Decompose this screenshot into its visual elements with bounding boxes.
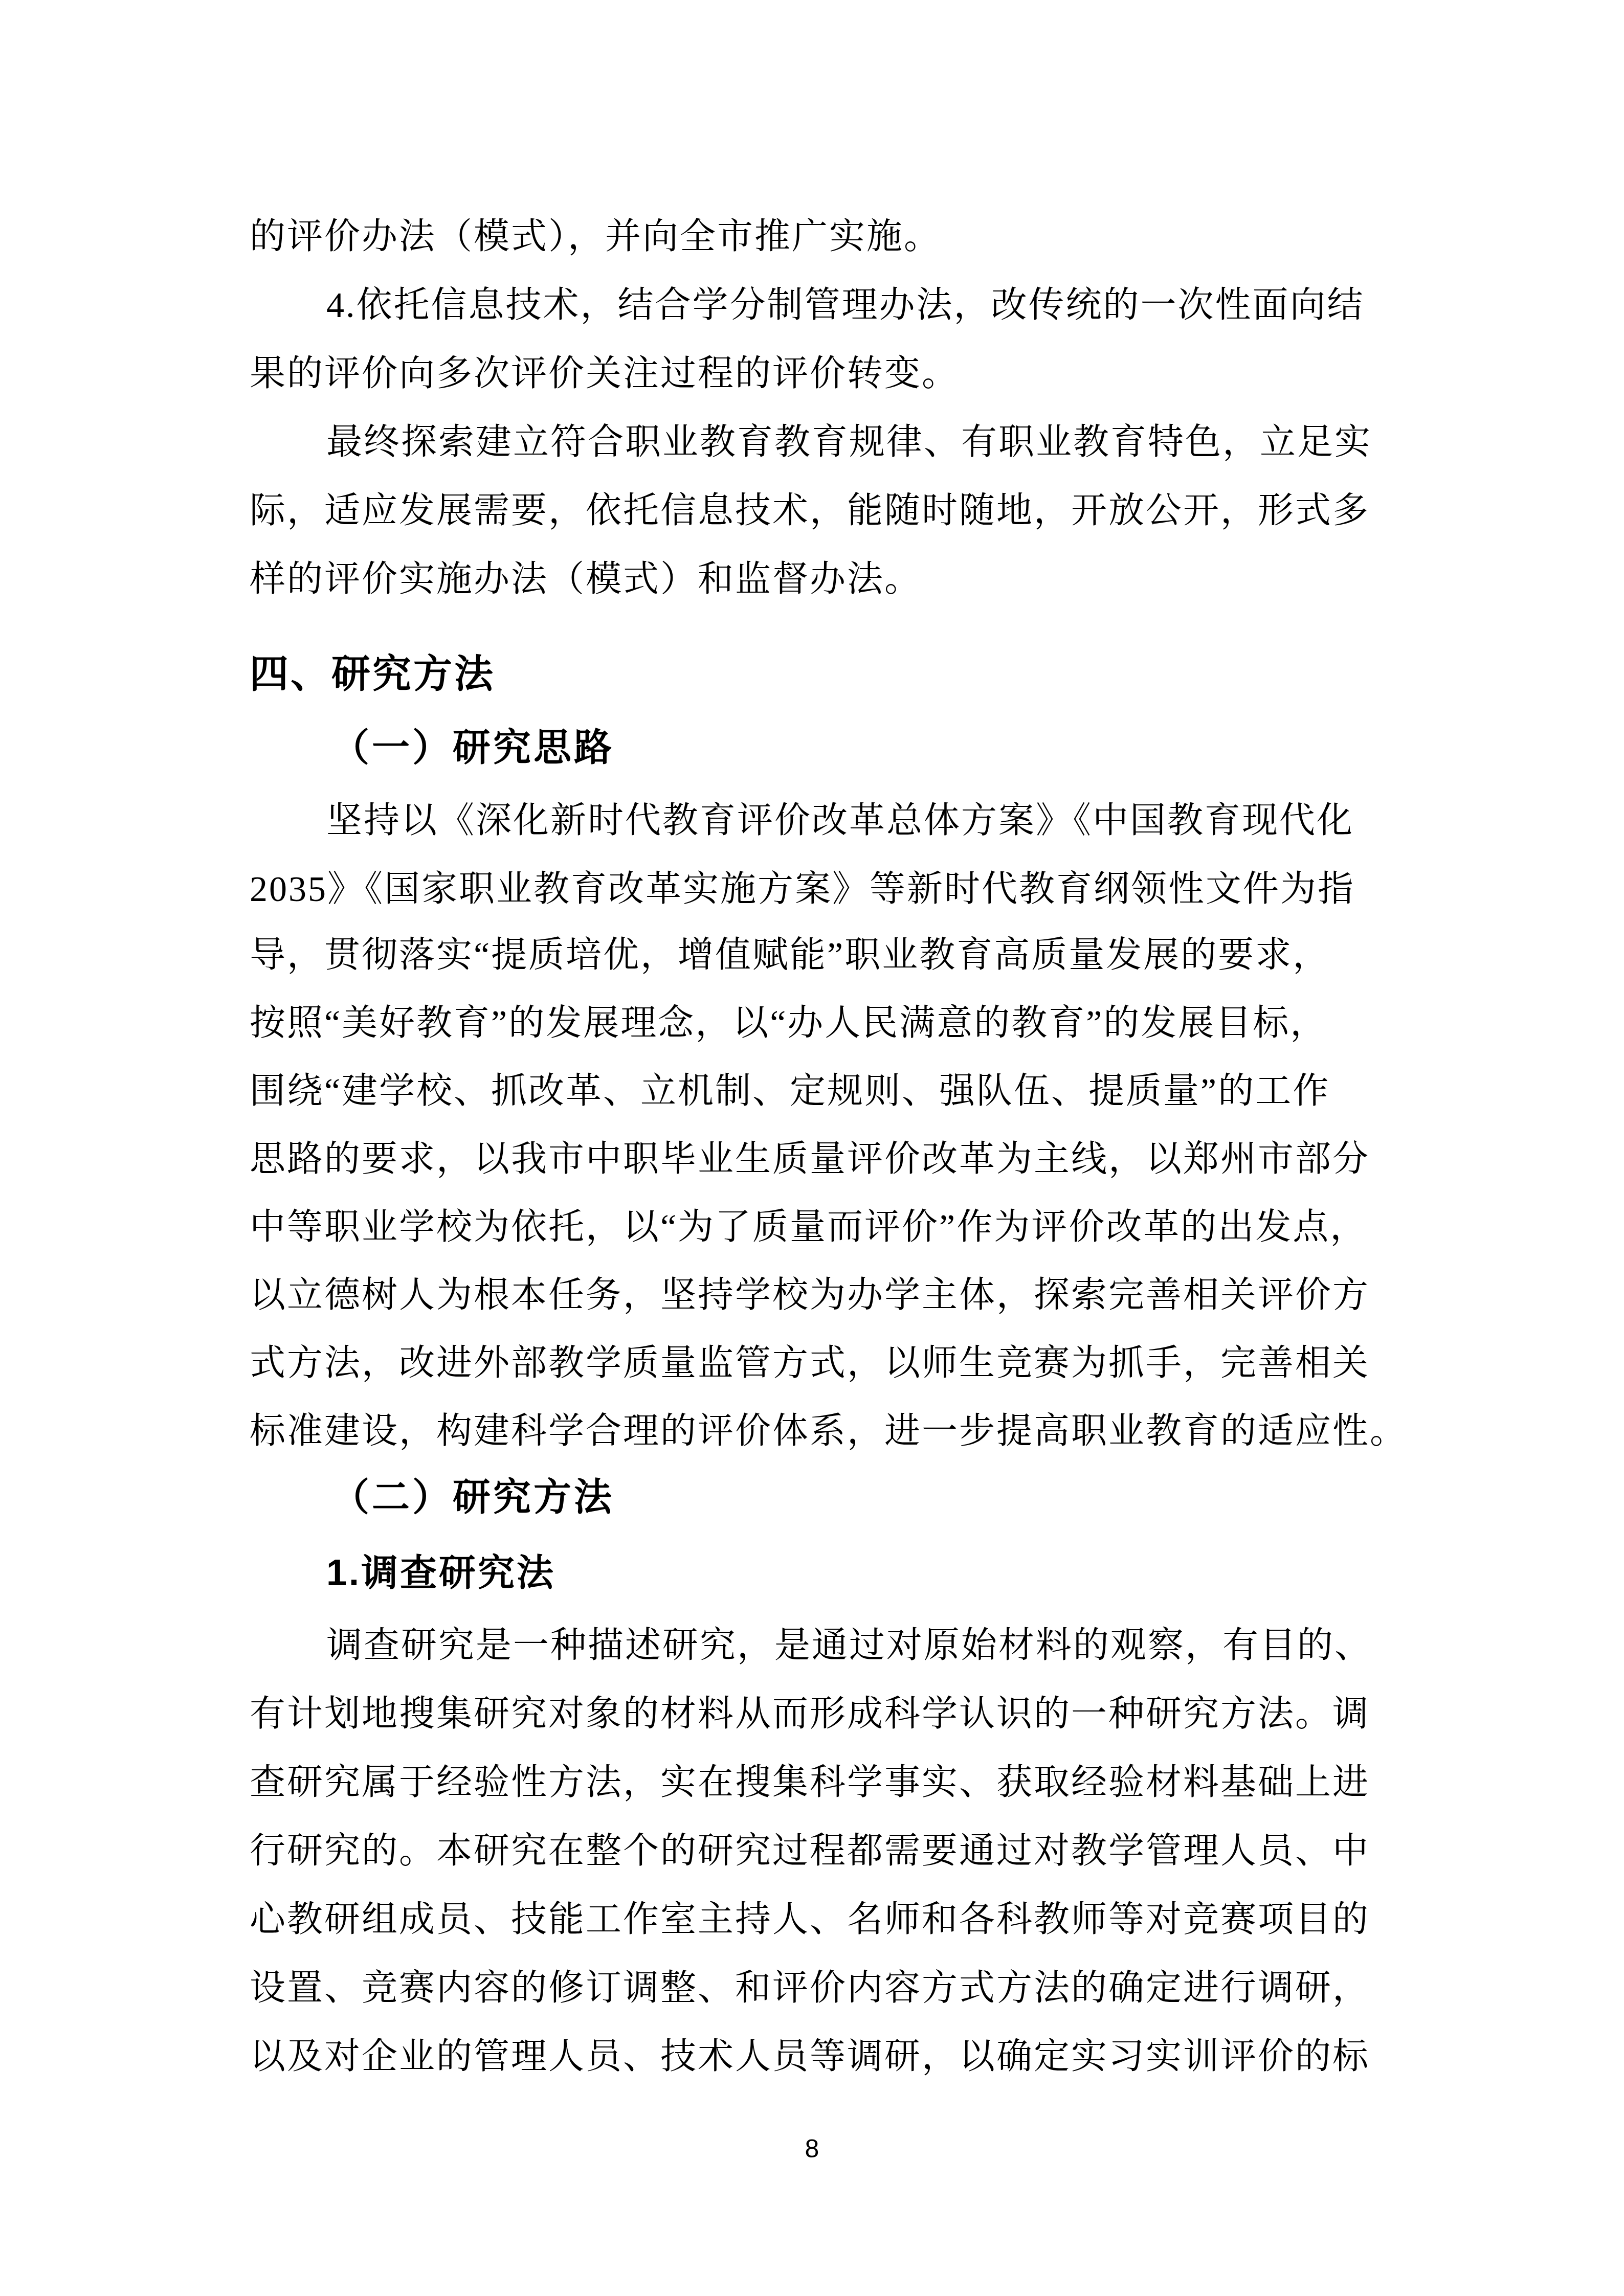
body-text-line: 的评价办法（模式），并向全市推广实施。 bbox=[250, 219, 1436, 255]
section-heading-level3: 1.调查研究法 bbox=[250, 1555, 1513, 1591]
body-text-line: 有计划地搜集研究对象的材料从而形成科学认识的一种研究方法。调 bbox=[250, 1697, 1436, 1732]
body-text-line: 设置、竞赛内容的修订调整、和评价内容方式方法的确定进行调研， bbox=[250, 1971, 1436, 2007]
body-text-line: 2035》《国家职业教育改革实施方案》等新时代教育纲领性文件为指 bbox=[250, 872, 1436, 908]
body-text-line: 标准建设，构建科学合理的评价体系，进一步提高职业教育的适应性。 bbox=[250, 1414, 1436, 1450]
section-heading-level1: 四、研究方法 bbox=[250, 655, 1436, 694]
body-text-line: 以及对企业的管理人员、技术人员等调研，以确定实习实训评价的标 bbox=[250, 2039, 1436, 2075]
body-text-line: 查研究属于经验性方法，实在搜集科学事实、获取经验材料基础上进 bbox=[250, 1765, 1436, 1801]
body-text-line: 思路的要求，以我市中职毕业生质量评价改革为主线，以郑州市部分 bbox=[250, 1142, 1436, 1178]
body-text-line: 以立德树人为根本任务，坚持学校为办学主体，探索完善相关评价方 bbox=[250, 1278, 1436, 1314]
body-text-line: 坚持以《深化新时代教育评价改革总体方案》《中国教育现代化 bbox=[250, 803, 1513, 839]
document-page: 的评价办法（模式），并向全市推广实施。4.依托信息技术，结合学分制管理办法，改传… bbox=[0, 0, 1624, 2296]
body-text-line: 果的评价向多次评价关注过程的评价转变。 bbox=[250, 356, 1436, 392]
page-number: 8 bbox=[0, 2136, 1624, 2162]
body-text-line: 按照“美好教育”的发展理念，以“办人民满意的教育”的发展目标， bbox=[250, 1006, 1436, 1042]
body-text-line: 调查研究是一种描述研究，是通过对原始材料的观察，有目的、 bbox=[250, 1628, 1513, 1664]
section-heading-level2: （一）研究思路 bbox=[250, 729, 1518, 767]
section-heading-level2: （二）研究方法 bbox=[250, 1478, 1518, 1516]
body-text-line: 最终探索建立符合职业教育教育规律、有职业教育特色，立足实 bbox=[250, 425, 1513, 461]
body-text-line: 式方法，改进外部教学质量监管方式，以师生竞赛为抓手，完善相关 bbox=[250, 1346, 1436, 1382]
body-text-line: 心教研组成员、技能工作室主持人、名师和各科教师等对竞赛项目的 bbox=[250, 1902, 1436, 1938]
body-text-line: 4.依托信息技术，结合学分制管理办法，改传统的一次性面向结 bbox=[250, 288, 1513, 324]
body-text-line: 样的评价实施办法（模式）和监督办法。 bbox=[250, 562, 1436, 598]
body-text-line: 际，适应发展需要，依托信息技术，能随时随地，开放公开，形式多 bbox=[250, 493, 1436, 529]
body-text-line: 围绕“建学校、抓改革、立机制、定规则、强队伍、提质量”的工作 bbox=[250, 1074, 1436, 1110]
body-text-line: 行研究的。本研究在整个的研究过程都需要通过对教学管理人员、中 bbox=[250, 1834, 1436, 1870]
body-text-line: 中等职业学校为依托，以“为了质量而评价”作为评价改革的出发点， bbox=[250, 1210, 1436, 1246]
body-text-line: 导，贯彻落实“提质培优，增值赋能”职业教育高质量发展的要求， bbox=[250, 938, 1436, 974]
